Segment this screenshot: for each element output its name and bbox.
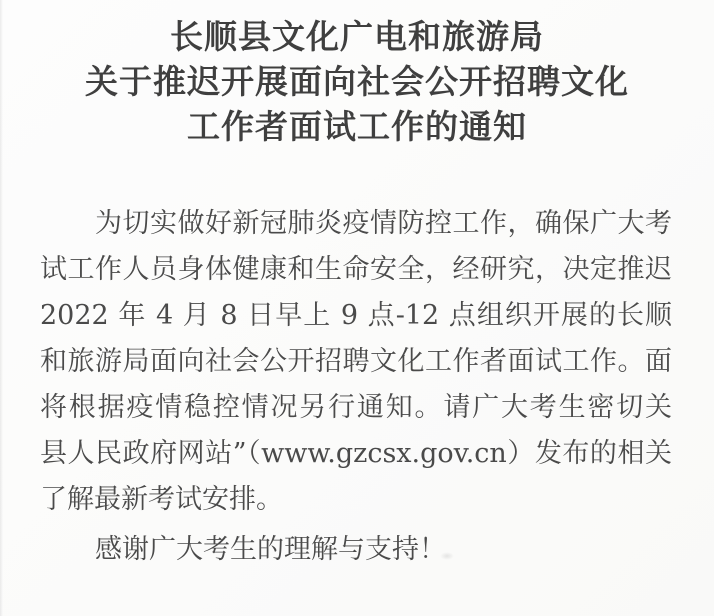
notice-title-line-3: 工作者面试工作的通知	[0, 104, 714, 149]
body-line: 了解最新考试安排。	[40, 477, 672, 523]
scan-edge-artifact	[0, 0, 3, 616]
body-line: 2022 年 4 月 8 日早上 9 点-12 点组织开展的长顺县文化广电	[40, 293, 672, 339]
body-line: 为切实做好新冠肺炎疫情防控工作，确保广大考生和考	[40, 201, 672, 247]
notice-body: 为切实做好新冠肺炎疫情防控工作，确保广大考生和考 试工作人员身体健康和生命安全，…	[40, 201, 672, 573]
scan-smudge-artifact	[440, 552, 454, 560]
notice-document-page: 长顺县文化广电和旅游局 关于推迟开展面向社会公开招聘文化 工作者面试工作的通知 …	[0, 0, 714, 616]
closing-line: 感谢广大考生的理解与支持！	[40, 527, 672, 573]
notice-title-line-1: 长顺县文化广电和旅游局	[0, 14, 714, 59]
body-line: 和旅游局面向社会公开招聘文化工作者面试工作。面试时间	[40, 339, 672, 385]
body-line: 县人民政府网站”（www.gzcsx.gov.cn）发布的相关信息，	[40, 431, 672, 477]
notice-title-line-2: 关于推迟开展面向社会公开招聘文化	[0, 59, 714, 104]
notice-title: 长顺县文化广电和旅游局 关于推迟开展面向社会公开招聘文化 工作者面试工作的通知	[0, 0, 714, 149]
body-line: 试工作人员身体健康和生命安全，经研究，决定推迟原定于	[40, 247, 672, 293]
body-line: 将根据疫情稳控情况另行通知。请广大考生密切关注“长顺	[40, 385, 672, 431]
